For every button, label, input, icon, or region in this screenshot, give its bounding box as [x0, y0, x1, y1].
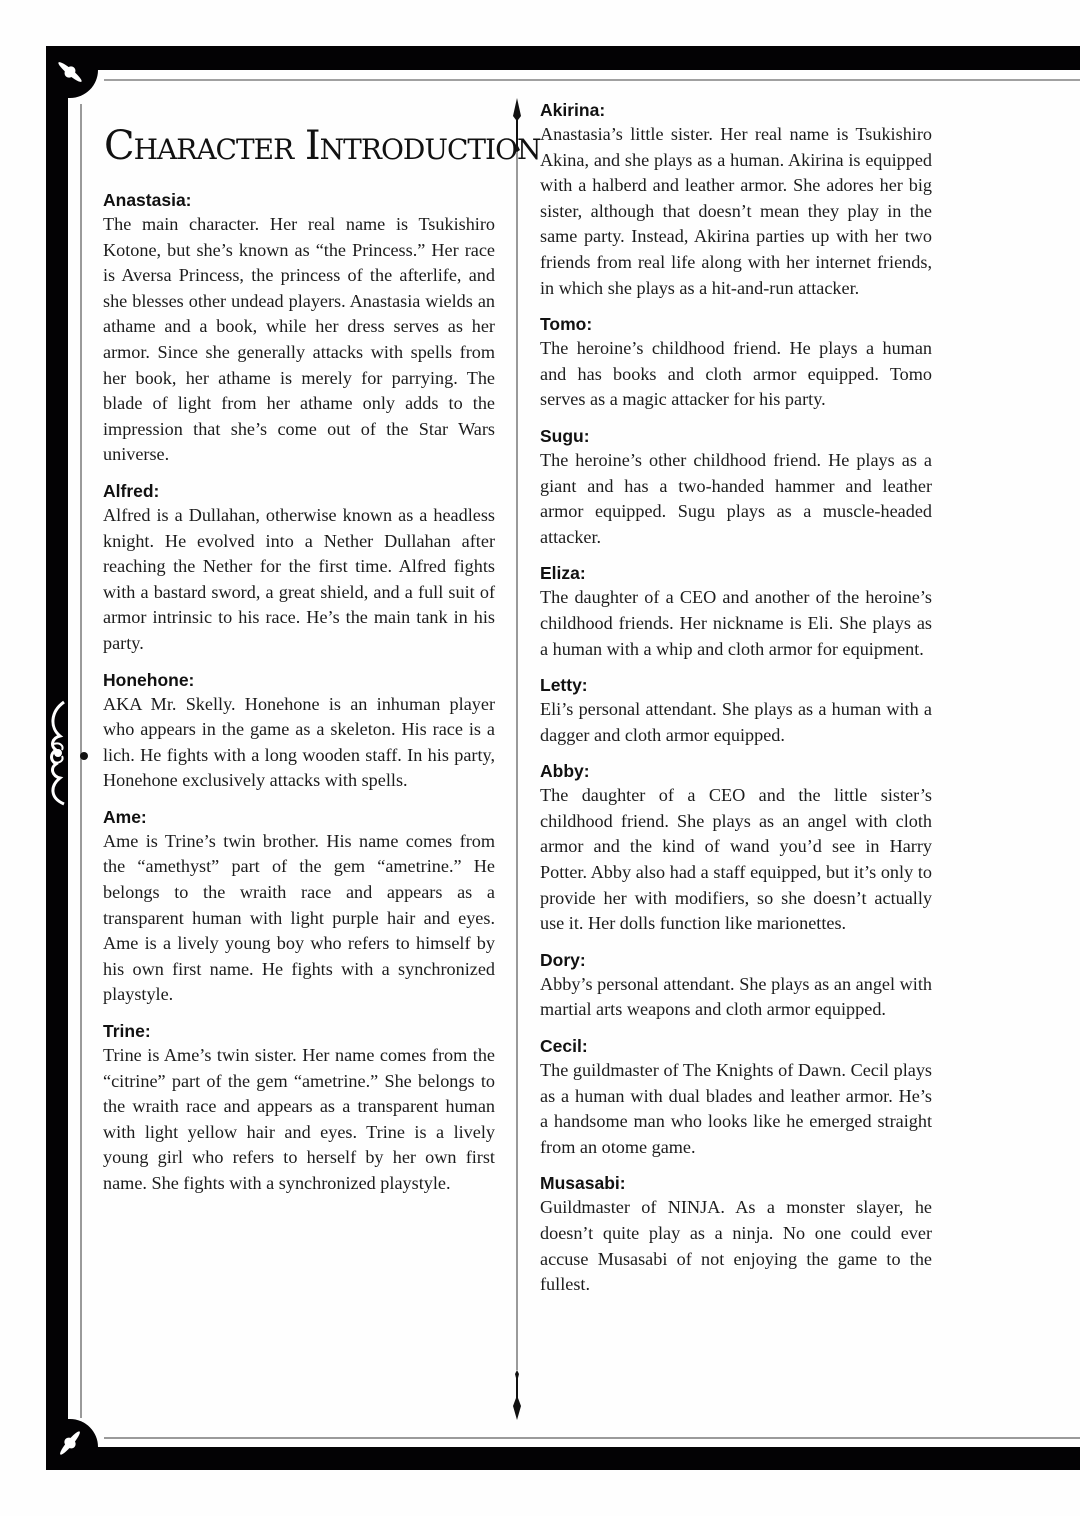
character-entry: Alfred: Alfred is a Dullahan, otherwise … — [103, 479, 495, 657]
spear-finial-icon — [510, 1370, 524, 1420]
character-name: Tomo: — [540, 312, 932, 336]
character-entry: Akirina: Anastasia’s little sister. Her … — [540, 98, 932, 301]
character-description: Abby’s personal attendant. She plays as … — [540, 972, 932, 1023]
character-name: Eliza: — [540, 561, 932, 585]
character-entry: Cecil: The guildmaster of The Knights of… — [540, 1034, 932, 1160]
character-name: Abby: — [540, 759, 932, 783]
character-entry: Sugu: The heroine’s other childhood frie… — [540, 424, 932, 550]
frame-rule-bottom — [104, 1437, 1080, 1439]
character-name: Sugu: — [540, 424, 932, 448]
character-name: Alfred: — [103, 479, 495, 503]
character-name: Honehone: — [103, 668, 495, 692]
frame-rule-left — [80, 104, 82, 1418]
character-description: Alfred is a Dullahan, otherwise known as… — [103, 503, 495, 657]
character-name: Akirina: — [540, 98, 932, 122]
character-description: Anastasia’s little sister. Her real name… — [540, 122, 932, 301]
character-name: Musasabi: — [540, 1171, 932, 1195]
frame-rule-top — [104, 79, 1080, 81]
character-description: The heroine’s childhood friend. He plays… — [540, 336, 932, 413]
frame-top-band — [46, 46, 1080, 70]
scroll-flourish-ornament-icon — [46, 698, 68, 808]
character-entry: Tomo: The heroine’s childhood friend. He… — [540, 312, 932, 413]
character-description: The daughter of a CEO and another of the… — [540, 585, 932, 662]
character-name: Ame: — [103, 805, 495, 829]
character-description: Trine is Ame’s twin sister. Her name com… — [103, 1043, 495, 1197]
character-description: The guildmaster of The Knights of Dawn. … — [540, 1058, 932, 1160]
character-description: The heroine’s other childhood friend. He… — [540, 448, 932, 550]
character-entry: Eliza: The daughter of a CEO and another… — [540, 561, 932, 662]
character-entry: Letty: Eli’s personal attendant. She pla… — [540, 673, 932, 748]
character-entry: Musasabi: Guildmaster of NINJA. As a mon… — [540, 1171, 932, 1297]
ornament-dot — [80, 752, 88, 760]
character-name: Dory: — [540, 948, 932, 972]
frame-bottom-band — [46, 1447, 1080, 1470]
column-divider — [516, 150, 518, 1370]
character-entry: Abby: The daughter of a CEO and the litt… — [540, 759, 932, 937]
character-description: AKA Mr. Skelly. Honehone is an inhuman p… — [103, 692, 495, 794]
character-entry: Dory: Abby’s personal attendant. She pla… — [540, 948, 932, 1023]
character-name: Trine: — [103, 1019, 495, 1043]
character-description: Eli’s personal attendant. She plays as a… — [540, 697, 932, 748]
left-column: Anastasia: The main character. Her real … — [103, 188, 495, 1208]
character-name: Cecil: — [540, 1034, 932, 1058]
character-description: Ame is Trine’s twin brother. His name co… — [103, 829, 495, 1008]
right-column: Akirina: Anastasia’s little sister. Her … — [540, 98, 932, 1309]
character-name: Letty: — [540, 673, 932, 697]
page-title: Character Introduction — [104, 123, 541, 169]
character-entry: Anastasia: The main character. Her real … — [103, 188, 495, 468]
character-description: The daughter of a CEO and the little sis… — [540, 783, 932, 937]
character-description: The main character. Her real name is Tsu… — [103, 212, 495, 468]
character-entry: Honehone: AKA Mr. Skelly. Honehone is an… — [103, 668, 495, 794]
character-description: Guildmaster of NINJA. As a monster slaye… — [540, 1195, 932, 1297]
character-name: Anastasia: — [103, 188, 495, 212]
character-entry: Trine: Trine is Ame’s twin sister. Her n… — [103, 1019, 495, 1197]
character-entry: Ame: Ame is Trine’s twin brother. His na… — [103, 805, 495, 1008]
